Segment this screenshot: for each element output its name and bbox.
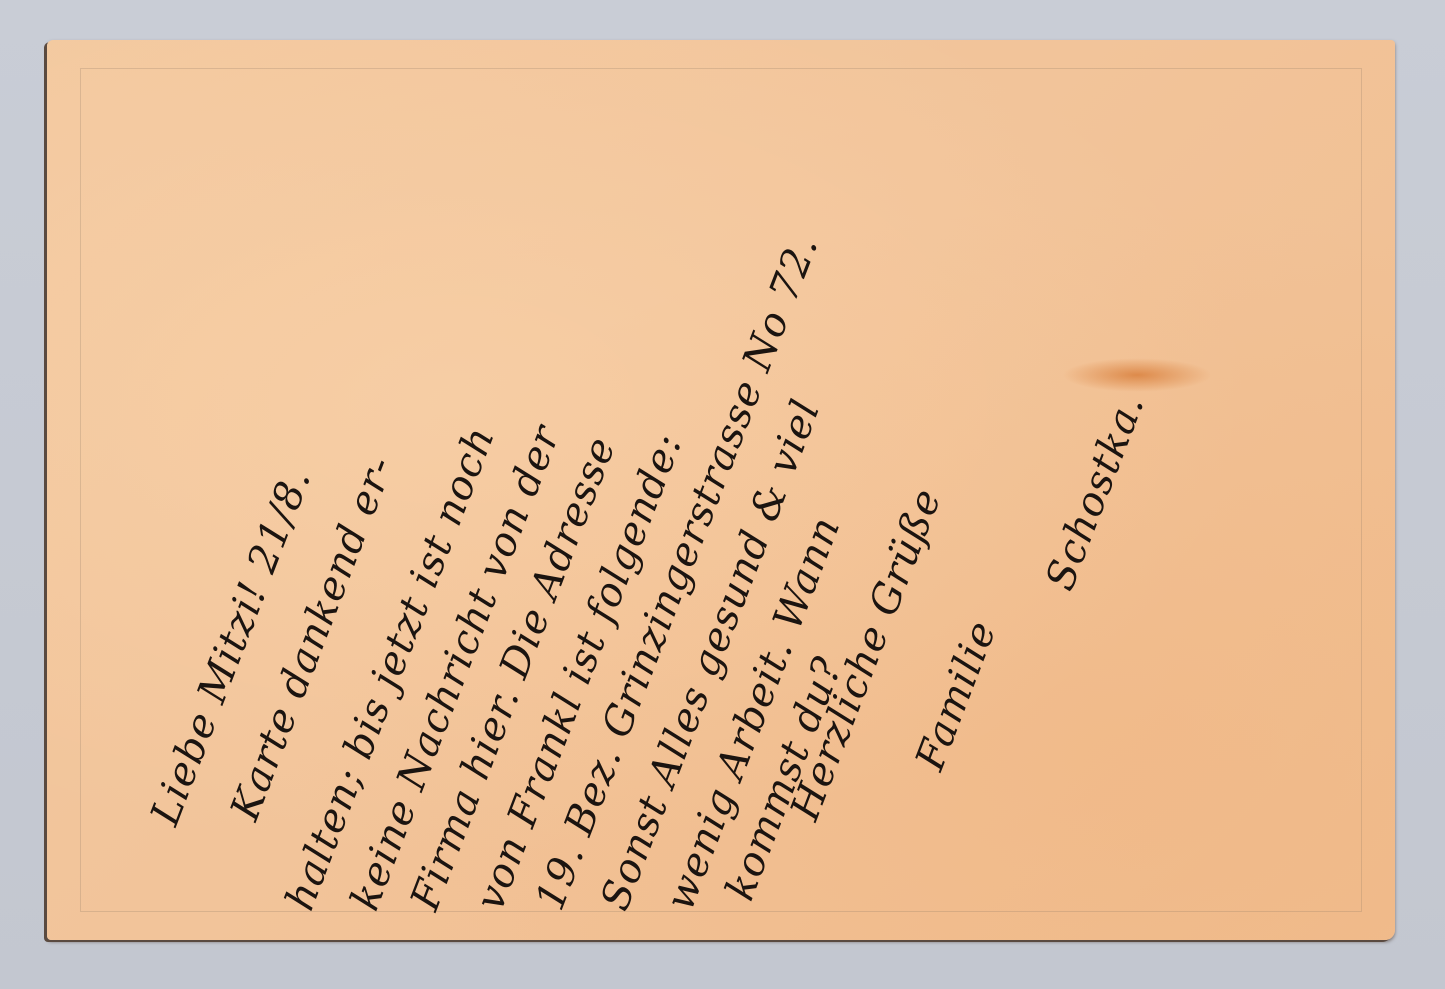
signature-family: Familie (907, 614, 1006, 776)
handwritten-message: Liebe Mitzi! 21/8. Karte dankend er- hal… (47, 40, 1395, 940)
postcard: Liebe Mitzi! 21/8. Karte dankend er- hal… (47, 40, 1395, 940)
signature-name: Schostka. (1037, 388, 1154, 597)
